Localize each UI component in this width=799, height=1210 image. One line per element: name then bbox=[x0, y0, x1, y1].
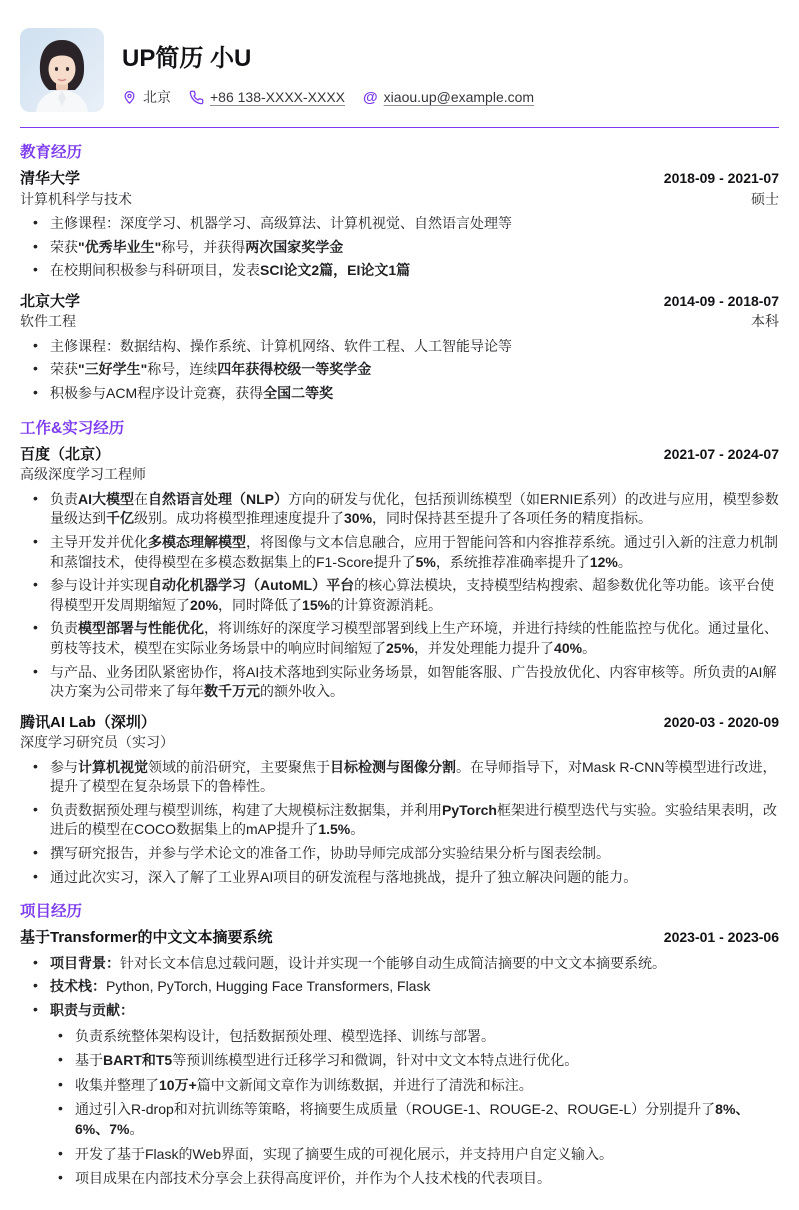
phone-text: +86 138-XXXX-XXXX bbox=[210, 89, 345, 105]
sub-bullet-item: 负责系统整体架构设计，包括数据预处理、模型选择、训练与部署。 bbox=[50, 1027, 779, 1047]
bold-text: 15% bbox=[302, 597, 330, 613]
bullet-item: 负责模型部署与性能优化，将训练好的深度学习模型部署到线上生产环境，并进行持续的性… bbox=[20, 619, 779, 658]
entry-subtitle: 深度学习研究员（实习） bbox=[20, 733, 174, 751]
section-projects: 项目经历基于Transformer的中文文本摘要系统2023-01 - 2023… bbox=[20, 902, 779, 1189]
bold-text: 10万+ bbox=[159, 1077, 197, 1093]
section-work: 工作&实习经历百度（北京）2021-07 - 2024-07高级深度学习工程师负… bbox=[20, 419, 779, 888]
at-icon: @ bbox=[363, 90, 378, 105]
bold-text: 30% bbox=[344, 510, 372, 526]
text-run: 基于 bbox=[75, 1052, 103, 1068]
contact-row: 北京 +86 138-XXXX-XXXX @ xiaou.up@example.… bbox=[122, 87, 534, 107]
bold-text: 全国二等奖 bbox=[263, 385, 333, 401]
bullet-item: 通过此次实习，深入了解了工业界AI项目的研发流程与落地挑战，提升了独立解决问题的… bbox=[20, 868, 779, 888]
resume-entry: 北京大学2014-09 - 2018-07软件工程本科主修课程：数据结构、操作系… bbox=[20, 292, 779, 404]
location-item: 北京 bbox=[122, 87, 171, 107]
entry-date: 2020-03 - 2020-09 bbox=[664, 713, 779, 731]
phone-icon bbox=[189, 90, 204, 105]
text-run: 开发了基于Flask的Web界面，实现了摘要生成的可视化展示，并支持用户自定义输… bbox=[75, 1146, 613, 1162]
entry-head: 基于Transformer的中文文本摘要系统2023-01 - 2023-06 bbox=[20, 928, 779, 948]
resume-header: UP简历 小U 北京 bbox=[20, 28, 779, 112]
bullet-item: 参与设计并实现自动化机器学习（AutoML）平台的核心算法模块，支持模型结构搜索… bbox=[20, 576, 779, 615]
bullet-list: 主修课程：数据结构、操作系统、计算机网络、软件工程、人工智能导论等荣获"三好学生… bbox=[20, 337, 779, 404]
entry-head: 清华大学2018-09 - 2021-07 bbox=[20, 169, 779, 189]
bullet-item: 项目背景：针对长文本信息过载问题，设计并实现一个能够自动生成简洁摘要的中文文本摘… bbox=[20, 954, 779, 974]
resume-entry: 清华大学2018-09 - 2021-07计算机科学与技术硕士主修课程：深度学习… bbox=[20, 169, 779, 281]
text-run: 与产品、业务团队紧密协作，将AI技术落地到实际业务场景，如智能客服、广告投放优化… bbox=[50, 664, 776, 700]
bold-text: 职责与贡献： bbox=[50, 1002, 134, 1018]
text-run: 负责 bbox=[50, 620, 78, 636]
entry-subrow: 深度学习研究员（实习） bbox=[20, 733, 779, 751]
email-link[interactable]: @ xiaou.up@example.com bbox=[363, 89, 534, 105]
text-run: 通过此次实习，深入了解了工业界AI项目的研发流程与落地挑战，提升了独立解决问题的… bbox=[50, 869, 637, 885]
bullet-item: 荣获"优秀毕业生"称号，并获得两次国家奖学金 bbox=[20, 238, 779, 258]
bold-text: "三好学生" bbox=[78, 361, 147, 377]
bold-text: 四年获得校级一等奖学金 bbox=[217, 361, 371, 377]
text-run: 主修课程：数据结构、操作系统、计算机网络、软件工程、人工智能导论等 bbox=[50, 338, 512, 354]
text-run: 积极参与ACM程序设计竞赛，获得 bbox=[50, 385, 263, 401]
text-run: ，同时降低了 bbox=[218, 597, 302, 613]
bold-text: 模型部署与性能优化 bbox=[78, 620, 204, 636]
text-run: 撰写研究报告，并参与学术论文的准备工作，协助导师完成部分实验结果分析与图表绘制。 bbox=[50, 845, 610, 861]
text-run: 负责数据预处理与模型训练，构建了大规模标注数据集，并利用 bbox=[50, 802, 442, 818]
text-run: 主修课程：深度学习、机器学习、高级算法、计算机视觉、自然语言处理等 bbox=[50, 215, 512, 231]
bullet-item: 负责AI大模型在自然语言处理（NLP）方向的研发与优化，包括预训练模型（如ERN… bbox=[20, 490, 779, 529]
bold-text: 两次国家奖学金 bbox=[245, 239, 343, 255]
entry-title: 基于Transformer的中文文本摘要系统 bbox=[20, 928, 273, 948]
bullet-item: 主导开发并优化多模态理解模型，将图像与文本信息融合，应用于智能问答和内容推荐系统… bbox=[20, 533, 779, 572]
bullet-list: 负责AI大模型在自然语言处理（NLP）方向的研发与优化，包括预训练模型（如ERN… bbox=[20, 490, 779, 702]
entry-title: 腾讯AI Lab（深圳） bbox=[20, 713, 156, 733]
bold-text: AI大模型 bbox=[78, 491, 134, 507]
bullet-item: 负责数据预处理与模型训练，构建了大规模标注数据集，并利用PyTorch框架进行模… bbox=[20, 801, 779, 840]
text-run: 篇中文新闻文章作为训练数据，并进行了清洗和标注。 bbox=[197, 1077, 533, 1093]
resume-page: UP简历 小U 北京 bbox=[0, 0, 799, 1210]
bullet-item: 技术栈：Python, PyTorch, Hugging Face Transf… bbox=[20, 977, 779, 997]
bold-text: 40% bbox=[554, 640, 582, 656]
entry-subtitle: 计算机科学与技术 bbox=[20, 190, 132, 208]
phone-link[interactable]: +86 138-XXXX-XXXX bbox=[189, 89, 345, 105]
text-run: 的额外收入。 bbox=[260, 683, 344, 699]
text-run: 荣获 bbox=[50, 361, 78, 377]
text-run: 负责系统整体架构设计，包括数据预处理、模型选择、训练与部署。 bbox=[75, 1028, 495, 1044]
text-run: 主导开发并优化 bbox=[50, 534, 148, 550]
bold-text: 自然语言处理（NLP） bbox=[148, 491, 288, 507]
entry-degree: 硕士 bbox=[751, 190, 779, 208]
entry-date: 2018-09 - 2021-07 bbox=[664, 169, 779, 187]
bullet-list: 参与计算机视觉领域的前沿研究，主要聚焦于目标检测与图像分割。在导师指导下，对Ma… bbox=[20, 758, 779, 888]
entry-date: 2014-09 - 2018-07 bbox=[664, 292, 779, 310]
resume-entry: 百度（北京）2021-07 - 2024-07高级深度学习工程师负责AI大模型在… bbox=[20, 445, 779, 702]
section-title: 工作&实习经历 bbox=[20, 419, 779, 439]
section-title: 教育经历 bbox=[20, 143, 779, 163]
entry-subrow: 高级深度学习工程师 bbox=[20, 465, 779, 483]
section-education: 教育经历清华大学2018-09 - 2021-07计算机科学与技术硕士主修课程：… bbox=[20, 143, 779, 404]
entry-title: 北京大学 bbox=[20, 292, 80, 312]
text-run: 的计算资源消耗。 bbox=[330, 597, 442, 613]
bullet-item: 主修课程：深度学习、机器学习、高级算法、计算机视觉、自然语言处理等 bbox=[20, 214, 779, 234]
resume-entry: 腾讯AI Lab（深圳）2020-03 - 2020-09深度学习研究员（实习）… bbox=[20, 713, 779, 888]
sub-bullet-item: 基于BART和T5等预训练模型进行迁移学习和微调，针对中文文本特点进行优化。 bbox=[50, 1051, 779, 1071]
bullet-list: 主修课程：深度学习、机器学习、高级算法、计算机视觉、自然语言处理等荣获"优秀毕业… bbox=[20, 214, 779, 281]
entry-head: 北京大学2014-09 - 2018-07 bbox=[20, 292, 779, 312]
text-run: 。 bbox=[618, 554, 632, 570]
entry-head: 腾讯AI Lab（深圳）2020-03 - 2020-09 bbox=[20, 713, 779, 733]
candidate-name: UP简历 小U bbox=[122, 38, 534, 73]
entry-head: 百度（北京）2021-07 - 2024-07 bbox=[20, 445, 779, 465]
text-run: 通过引入R-drop和对抗训练等策略，将摘要生成质量（ROUGE-1、ROUGE… bbox=[75, 1101, 715, 1117]
sub-bullet-item: 收集并整理了10万+篇中文新闻文章作为训练数据，并进行了清洗和标注。 bbox=[50, 1076, 779, 1096]
text-run: 等预训练模型进行迁移学习和微调，针对中文文本特点进行优化。 bbox=[172, 1052, 578, 1068]
header-divider bbox=[20, 127, 779, 128]
bullet-item: 参与计算机视觉领域的前沿研究，主要聚焦于目标检测与图像分割。在导师指导下，对Ma… bbox=[20, 758, 779, 797]
text-run: 项目成果在内部技术分享会上获得高度评价，并作为个人技术栈的代表项目。 bbox=[75, 1170, 551, 1186]
text-run: 参与设计并实现 bbox=[50, 577, 148, 593]
sub-bullet-item: 开发了基于Flask的Web界面，实现了摘要生成的可视化展示，并支持用户自定义输… bbox=[50, 1145, 779, 1165]
sub-bullet-list: 负责系统整体架构设计，包括数据预处理、模型选择、训练与部署。基于BART和T5等… bbox=[50, 1027, 779, 1189]
bold-text: 数千万元 bbox=[204, 683, 260, 699]
bold-text: 12% bbox=[590, 554, 618, 570]
text-run: 级别。成功将模型推理速度提升了 bbox=[134, 510, 344, 526]
entry-title: 清华大学 bbox=[20, 169, 80, 189]
entry-subtitle: 高级深度学习工程师 bbox=[20, 465, 146, 483]
email-text: xiaou.up@example.com bbox=[384, 89, 534, 105]
resume-entry: 基于Transformer的中文文本摘要系统2023-01 - 2023-06项… bbox=[20, 928, 779, 1188]
bullet-item: 荣获"三好学生"称号，连续四年获得校级一等奖学金 bbox=[20, 360, 779, 380]
text-run: ，同时保持甚至提升了各项任务的精度指标。 bbox=[372, 510, 652, 526]
text-run: 收集并整理了 bbox=[75, 1077, 159, 1093]
section-title: 项目经历 bbox=[20, 902, 779, 922]
bullet-item: 主修课程：数据结构、操作系统、计算机网络、软件工程、人工智能导论等 bbox=[20, 337, 779, 357]
bullet-item: 撰写研究报告，并参与学术论文的准备工作，协助导师完成部分实验结果分析与图表绘制。 bbox=[20, 844, 779, 864]
bold-text: 5% bbox=[416, 554, 436, 570]
location-text: 北京 bbox=[143, 87, 171, 107]
text-run: 。 bbox=[582, 640, 596, 656]
bold-text: 目标检测与图像分割 bbox=[330, 759, 456, 775]
entry-subrow: 软件工程本科 bbox=[20, 312, 779, 330]
location-pin-icon bbox=[122, 90, 137, 105]
text-run: 在校期间积极参与科研项目，发表 bbox=[50, 262, 260, 278]
text-run: 荣获 bbox=[50, 239, 78, 255]
bullet-item: 在校期间积极参与科研项目，发表SCI论文2篇，EI论文1篇 bbox=[20, 261, 779, 281]
text-run: ，并发处理能力提升了 bbox=[414, 640, 554, 656]
bullet-item: 积极参与ACM程序设计竞赛，获得全国二等奖 bbox=[20, 384, 779, 404]
entry-subrow: 计算机科学与技术硕士 bbox=[20, 190, 779, 208]
text-run: 领域的前沿研究，主要聚焦于 bbox=[148, 759, 330, 775]
entry-subtitle: 软件工程 bbox=[20, 312, 76, 330]
bullet-item: 职责与贡献：负责系统整体架构设计，包括数据预处理、模型选择、训练与部署。基于BA… bbox=[20, 1001, 779, 1189]
avatar bbox=[20, 28, 104, 112]
entry-date: 2023-01 - 2023-06 bbox=[664, 928, 779, 946]
bold-text: 多模态理解模型 bbox=[148, 534, 246, 550]
bullet-item: 与产品、业务团队紧密协作，将AI技术落地到实际业务场景，如智能客服、广告投放优化… bbox=[20, 663, 779, 702]
text-run: 。 bbox=[350, 821, 364, 837]
bold-text: 25% bbox=[386, 640, 414, 656]
sub-bullet-item: 项目成果在内部技术分享会上获得高度评价，并作为个人技术栈的代表项目。 bbox=[50, 1169, 779, 1189]
entry-degree: 本科 bbox=[751, 312, 779, 330]
text-run: 在 bbox=[134, 491, 148, 507]
text-run: 针对长文本信息过载问题，设计并实现一个能够自动生成简洁摘要的中文文本摘要系统。 bbox=[120, 955, 666, 971]
resume-sections: 教育经历清华大学2018-09 - 2021-07计算机科学与技术硕士主修课程：… bbox=[20, 143, 779, 1189]
bold-text: BART和T5 bbox=[103, 1052, 172, 1068]
bold-text: 千亿 bbox=[106, 510, 134, 526]
text-run: 称号，连续 bbox=[147, 361, 217, 377]
bullet-list: 项目背景：针对长文本信息过载问题，设计并实现一个能够自动生成简洁摘要的中文文本摘… bbox=[20, 954, 779, 1189]
bold-text: "优秀毕业生" bbox=[78, 239, 161, 255]
text-run: 。 bbox=[129, 1121, 143, 1137]
bold-text: 20% bbox=[190, 597, 218, 613]
bold-text: 项目背景： bbox=[50, 955, 120, 971]
text-run: Python, PyTorch, Hugging Face Transforme… bbox=[106, 978, 430, 994]
sub-bullet-item: 通过引入R-drop和对抗训练等策略，将摘要生成质量（ROUGE-1、ROUGE… bbox=[50, 1100, 779, 1139]
header-text: UP简历 小U 北京 bbox=[122, 28, 534, 107]
bold-text: 计算机视觉 bbox=[78, 759, 148, 775]
bold-text: 技术栈： bbox=[50, 978, 106, 994]
bold-text: 自动化机器学习（AutoML）平台 bbox=[148, 577, 354, 593]
bold-text: 1.5% bbox=[318, 821, 350, 837]
bold-text: PyTorch bbox=[442, 802, 497, 818]
entry-date: 2021-07 - 2024-07 bbox=[664, 445, 779, 463]
entry-title: 百度（北京） bbox=[20, 445, 110, 465]
bold-text: SCI论文2篇，EI论文1篇 bbox=[260, 262, 410, 278]
avatar-illustration bbox=[20, 28, 104, 112]
text-run: 参与 bbox=[50, 759, 78, 775]
text-run: 称号，并获得 bbox=[161, 239, 245, 255]
text-run: ，系统推荐准确率提升了 bbox=[436, 554, 590, 570]
text-run: 负责 bbox=[50, 491, 78, 507]
